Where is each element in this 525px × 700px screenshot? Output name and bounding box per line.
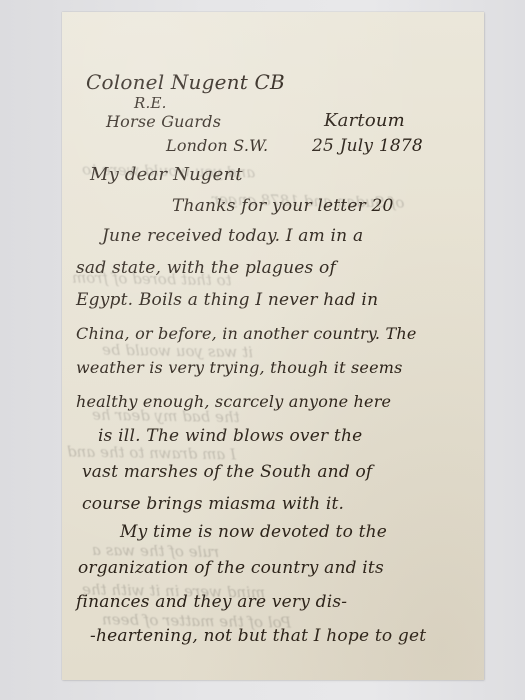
body-line: sad state, with the plagues of — [76, 258, 336, 278]
body-line: China, or before, in another country. Th… — [76, 324, 417, 343]
body-line: June received today. I am in a — [102, 226, 363, 246]
body-line: finances and they are very dis- — [76, 592, 347, 612]
body-line: Egypt. Boils a thing I never had in — [76, 290, 378, 310]
body-line: healthy enough, scarcely anyone here — [76, 392, 391, 411]
body-line: My time is now devoted to the — [120, 522, 387, 542]
body-line: course brings miasma with it. — [82, 494, 344, 514]
body-line: Thanks for your letter 20 — [172, 196, 394, 216]
recipient-corps: R.E. — [134, 94, 167, 112]
letter-page: and you would were to of Sudan and 1878 … — [62, 12, 484, 680]
salutation: My dear Nugent — [90, 164, 243, 185]
recipient-office: Horse Guards — [106, 112, 221, 131]
letter-date: 25 July 1878 — [312, 136, 423, 156]
body-line: vast marshes of the South and of — [82, 462, 372, 482]
body-line: is ill. The wind blows over the — [98, 426, 362, 446]
recipient-city: London S.W. — [166, 136, 268, 155]
body-line: organization of the country and its — [78, 558, 384, 578]
recipient-name: Colonel Nugent CB — [86, 70, 285, 94]
letter-place: Kartoum — [324, 110, 405, 131]
body-line: weather is very trying, though it seems — [76, 358, 403, 377]
body-line: -heartening, not but that I hope to get — [90, 626, 426, 646]
